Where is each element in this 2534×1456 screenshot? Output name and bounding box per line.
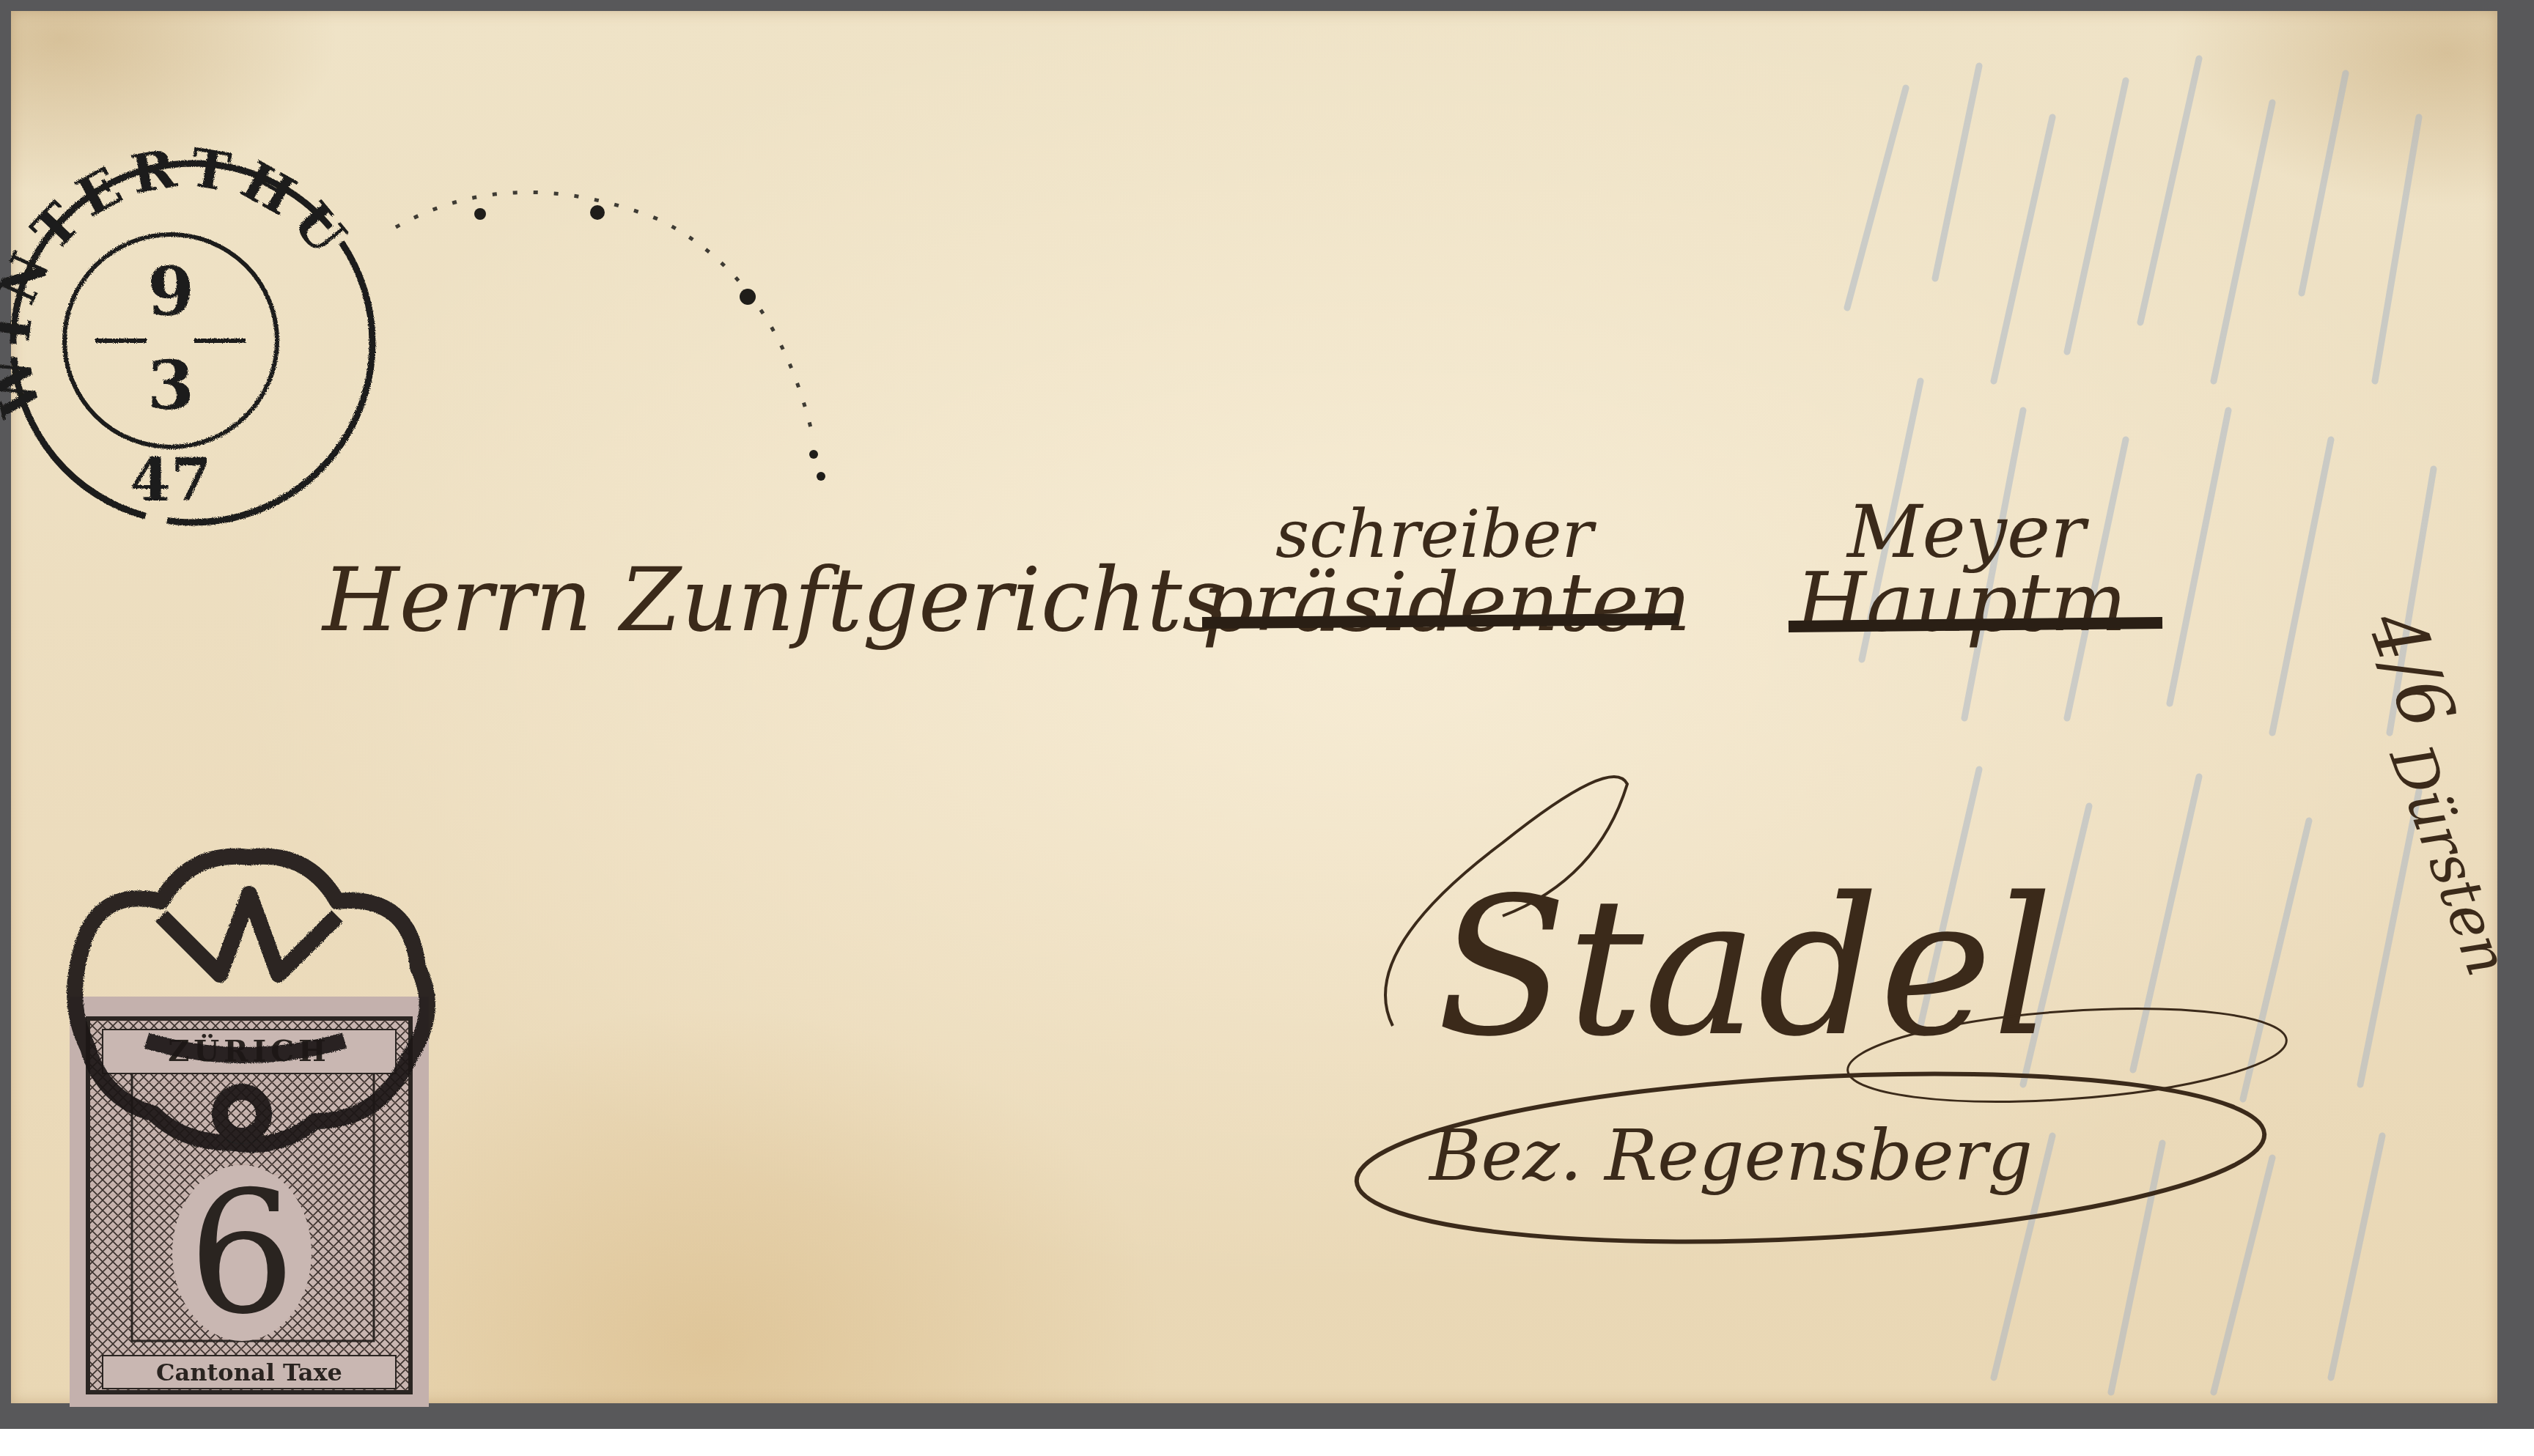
postmark-day: 9 [147,252,194,331]
partial-postmark-arc [396,192,825,481]
stamp-value: 6 [188,1156,295,1352]
address-name-insert: Meyer [1846,489,2089,574]
side-annotations: 4/6 Dürsten [2351,599,2522,984]
envelope-markings: WINTERTHUR 9 3 47 ZÜRICH 6 Cantonal Taxe [0,0,2534,1456]
stamp-bottom-label: Cantonal Taxe [156,1359,342,1386]
strikethrough-line [1202,619,1679,623]
address-district: Bez. Regensberg [1428,1115,2033,1197]
address-line1-prefix: Herrn Zunftgerichts [321,550,1227,651]
address: Herrn Zunftgerichts präsidenten schreibe… [321,489,2289,1262]
side-note: Dürsten [2376,735,2522,984]
postmark-year: 47 [130,446,211,514]
address-town: Stadel [1437,857,2053,1079]
strikethrough-line [1789,623,2162,627]
address-line1-insert: schreiber [1275,496,1596,573]
postmark-month: 3 [147,346,194,425]
rate-note: 4/6 [2351,599,2472,739]
envelope-photo: WINTERTHUR 9 3 47 ZÜRICH 6 Cantonal Taxe [0,0,2534,1456]
winterthur-postmark: WINTERTHUR 9 3 47 [0,0,372,522]
